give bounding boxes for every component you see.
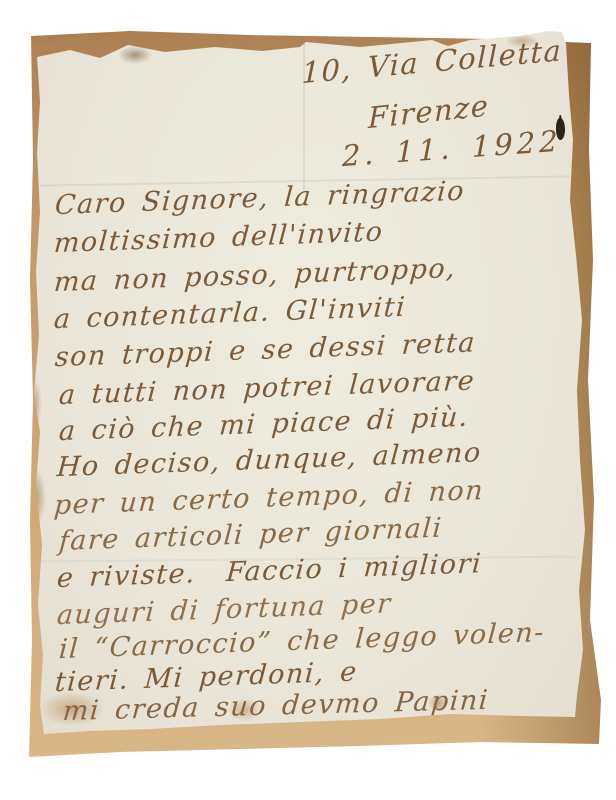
- letter-line: son troppi e se dessi retta: [54, 327, 477, 373]
- letter-line: moltissimo dell'invito: [53, 216, 385, 259]
- letter-line: fare articoli per giornali: [58, 513, 444, 557]
- address-line-city: Firenze: [368, 88, 489, 135]
- letter-line: Caro Signore, la ringrazio: [54, 176, 466, 221]
- letter-paper: 10, Via Colletta Firenze 2. 11. 1922 Car…: [0, 0, 616, 800]
- letter-line: e riviste. Faccio i migliori: [56, 548, 483, 594]
- letter-line: a contentarla. Gl'inviti: [53, 292, 407, 335]
- torn-edge-stain: [118, 46, 152, 64]
- letter-photograph: 10, Via Colletta Firenze 2. 11. 1922 Car…: [0, 0, 616, 800]
